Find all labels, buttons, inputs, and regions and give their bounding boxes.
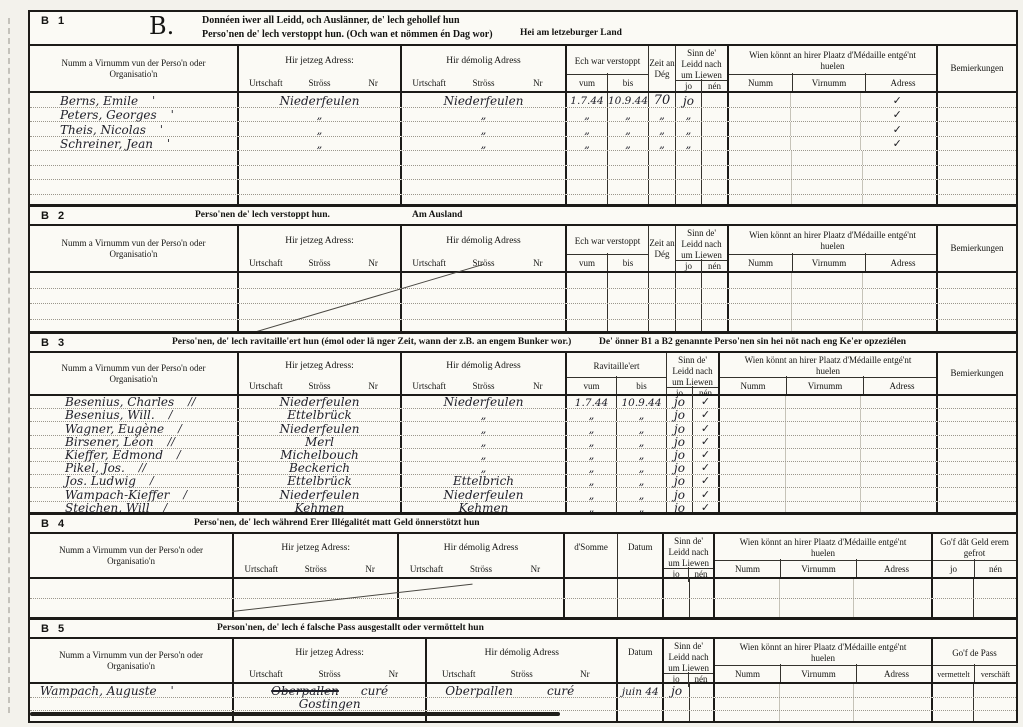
b3-title-band: B 3 Perso'nen, de' lech ravitaille'ert h… (30, 334, 1016, 353)
b4-col-wien: Wien könnt an hirer Plaatz d'Médaille en… (715, 534, 933, 577)
b1-col-zeit: Zeit an Dég (649, 46, 676, 91)
bemierkungen-cell (938, 449, 1016, 461)
b4-col-sinn: Sinn de' Leidd nach um Liewen jonén (664, 534, 715, 577)
table-row-empty (30, 599, 1016, 619)
section-b4: B 4 Perso'nen, de' lech während Erer Ill… (28, 513, 1018, 619)
jetzeg-cell: Niederfeulen (239, 422, 402, 434)
wien-cell (720, 488, 938, 500)
vum-cell: „ (567, 422, 617, 434)
vermettelt-label: vermettelt (933, 664, 974, 682)
demolig-cell: „ (402, 462, 567, 474)
nen-cell (702, 93, 729, 107)
nen-cell (690, 684, 715, 697)
nen-cell checkmark: ✓ (693, 475, 720, 487)
demolig-cell: Kehmen (402, 502, 567, 514)
bis-cell: „ (617, 488, 667, 500)
b5-title: Person'nen, de' lech é falsche Pass ausg… (217, 623, 484, 633)
b3-col-ravitailleert: Ravitaille'ert vumbis (567, 353, 667, 394)
vum-cell: „ (567, 409, 617, 421)
bis-cell: „ (617, 409, 667, 421)
name-col-label: Numm a Virnumm vun der Perso'n oder Orga… (30, 238, 237, 260)
b2-section-id: B 2 (41, 210, 67, 222)
b4-col-demolig: Hir démolig Adress UrtschaftStrössNr (399, 534, 564, 577)
b3-col-name: Numm a Virnumm vun der Perso'n oder Orga… (30, 353, 239, 394)
b1-title-line2: Perso'nen de' lech verstoppt hun. (Och w… (202, 28, 493, 42)
demolig-cell: „ (402, 122, 567, 136)
zeit-cell: „ (649, 108, 676, 122)
bemierkungen-cell (938, 488, 1016, 500)
table-row-empty (30, 579, 1016, 599)
b2-body (30, 273, 1016, 333)
jetzeg-cell: „ (239, 108, 402, 122)
b2-col-wien: Wien könnt an hirer Plaatz d'Médaille en… (729, 226, 938, 271)
bis-cell: „ (608, 108, 649, 122)
table-row: Berns, Emile' Niederfeulen Niederfeulen … (30, 93, 1016, 108)
section-b1: B 1 B. Donnéen iwer all Leidd, och Auslä… (28, 10, 1018, 206)
name-cell: Schreiner, Jean' (30, 137, 239, 151)
wien-cell: ✓ (729, 137, 938, 151)
b1-col-jetzeg: Hir jetzeg Adress: UrtschaftStrössNr (239, 46, 402, 91)
b2-col-bemierkungen: Bemierkungen (938, 226, 1016, 271)
vum-cell: „ (567, 488, 617, 500)
b1-titles: Donnéen iwer all Leidd, och Auslänner, d… (202, 14, 493, 42)
b2-col-jetzeg: Hir jetzeg Adress: UrtschaftStrössNr (239, 226, 402, 271)
b5-body: Wampach, Auguste' Oberpallencuré Oberpal… (30, 684, 1016, 723)
jetzeg-cell: „ (239, 137, 402, 151)
checkmark: ✓ (860, 137, 936, 151)
bemierkungen-cell (938, 422, 1016, 434)
vum-cell: „ (567, 436, 617, 448)
nen-cell checkmark: ✓ (693, 488, 720, 500)
b2-col-zeit: Zeit an Dég (649, 226, 676, 271)
vum-cell: „ (567, 122, 608, 136)
bemierkungen-cell (938, 122, 1016, 136)
verschaft-label: verschäft (974, 664, 1016, 682)
bemierkungen-cell (938, 436, 1016, 448)
bemierkungen-cell (938, 93, 1016, 107)
b5-col-wien: Wien könnt an hirer Plaatz d'Médaille en… (715, 639, 933, 682)
b1-section-id: B 1 (41, 15, 67, 27)
demolig-cell: Niederfeulen (402, 396, 567, 408)
vum-cell: „ (567, 137, 608, 151)
table-row: Wagner, Eugène/ Niederfeulen „ „ „ jo ✓ (30, 422, 1016, 435)
jetzeg-cell: Oberpallencuré (234, 684, 427, 697)
wien-cell (720, 475, 938, 487)
bis-cell: „ (608, 122, 649, 136)
b1-col-sinn: Sinn de' Leidd nach um Liewen jonén (676, 46, 729, 91)
demolig-label: Hir démolig Adress (402, 46, 565, 75)
jetzeg-label: Hir jetzeg Adress: (239, 46, 400, 75)
dsomme-label: d'Somme (574, 542, 608, 553)
zeit-cell: „ (649, 122, 676, 136)
table-row-empty (30, 320, 1016, 334)
b1-col-verstoppt: Ech war verstoppt vumbis (567, 46, 649, 91)
b5-column-headers: Numm a Virnumm vun der Perso'n oder Orga… (30, 639, 1016, 684)
name-cell: Kieffer, Edmond/ (30, 449, 239, 461)
struck-place: Oberpallen (271, 685, 339, 697)
b4-body (30, 579, 1016, 619)
b5-title-band: B 5 Person'nen, de' lech é falsche Pass … (30, 620, 1016, 639)
name-cell: Berns, Emile' (30, 93, 239, 107)
b3-col-wien: Wien könnt an hirer Plaatz d'Médaille en… (720, 353, 938, 394)
table-row-empty (30, 289, 1016, 305)
b4-column-headers: Numm a Virnumm vun der Perso'n oder Orga… (30, 534, 1016, 579)
table-row-empty (30, 273, 1016, 289)
b5-col-gof-pass: Go'f de Pass vermetteltverschäft (933, 639, 1016, 682)
jetzeg-cell-line2: Gostingen (234, 698, 427, 710)
nen-cell checkmark: ✓ (693, 462, 720, 474)
demolig-cell: Oberpallencuré (427, 684, 618, 697)
b4-col-name: Numm a Virnumm vun der Perso'n oder Orga… (30, 534, 234, 577)
bis-cell: „ (617, 436, 667, 448)
nen-cell (702, 122, 729, 136)
demolig-cell: „ (402, 409, 567, 421)
table-row-empty (30, 166, 1016, 181)
zeit-label: Zeit an Dég (649, 58, 675, 80)
table-row: Besenius, Charles// Niederfeulen Niederf… (30, 396, 1016, 409)
jetzeg-cell: Ettelbrück (239, 409, 402, 421)
jo-cell: jo (664, 684, 690, 697)
table-row: Birsener, Léon// Merl „ „ „ jo ✓ (30, 436, 1016, 449)
table-row: Schreiner, Jean' „ „ „ „ „ „ ✓ (30, 137, 1016, 152)
section-b2: B 2 Perso'nen de' lech verstoppt hun. Am… (28, 205, 1018, 333)
nen-cell (702, 137, 729, 151)
name-cell: Jos. Ludwig/ (30, 475, 239, 487)
demolig-cell: „ (402, 449, 567, 461)
b1-body: Berns, Emile' Niederfeulen Niederfeulen … (30, 93, 1016, 206)
bis-cell: „ (617, 449, 667, 461)
jo-cell: jo (667, 475, 693, 487)
table-row: Wampach, Auguste' Oberpallencuré Oberpal… (30, 684, 1016, 698)
scan-edge-artifact (8, 18, 10, 713)
vum-cell: 1.7.44 (567, 396, 617, 408)
name-cell: Peters, Georges' (30, 108, 239, 122)
bis-cell: „ (608, 137, 649, 151)
datum-label: Datum (628, 542, 653, 553)
nen-cell (702, 108, 729, 122)
urtschaft-label: Urtschaft (402, 73, 456, 91)
jo-label: jo (676, 79, 701, 94)
b1-column-headers: Numm a Virnumm vun der Perso'n oder Orga… (30, 46, 1016, 93)
wien-cell (720, 449, 938, 461)
bis-cell: 10.9.44 (617, 396, 667, 408)
b3-title: Perso'nen, de' lech ravitaille'ert hun (… (172, 337, 571, 347)
zeit-cell: 70 (649, 93, 676, 107)
bis-cell: „ (617, 422, 667, 434)
bemierkungen-cell (938, 502, 1016, 514)
b5-col-jetzeg: Hir jetzeg Adress: UrtschaftStrössNr (234, 639, 427, 682)
b3-column-headers: Numm a Virnumm vun der Perso'n oder Orga… (30, 353, 1016, 396)
b4-title-band: B 4 Perso'nen, de' lech während Erer Ill… (30, 515, 1016, 534)
jo-cell: jo (667, 409, 693, 421)
jetzeg-cell: Ettelbrück (239, 475, 402, 487)
jetzeg-label: Hir jetzeg Adress: (239, 226, 400, 255)
b5-col-datum: Datum (618, 639, 664, 682)
wien-cell: ✓ (729, 93, 938, 107)
jo-cell: jo (667, 502, 693, 514)
demolig-cell: Niederfeulen (402, 488, 567, 500)
virnumm-label: Virnumm (792, 73, 865, 91)
bemierkungen-cell (938, 137, 1016, 151)
b4-section-id: B 4 (41, 518, 67, 530)
jetzeg-cell: „ (239, 122, 402, 136)
urtschaft-label: Urtschaft (239, 73, 293, 91)
b2-col-name: Numm a Virnumm vun der Perso'n oder Orga… (30, 226, 239, 271)
table-row-empty (30, 304, 1016, 320)
b5-col-sinn: Sinn de' Leidd nach um Liewen jonén (664, 639, 715, 682)
wien-cell (720, 462, 938, 474)
vum-cell: 1.7.44 (567, 93, 608, 107)
gof-geld-label: Go'f dât Geld erem gefrot (933, 534, 1016, 560)
b1-col-wien: Wien könnt an hirer Plaatz d'Médaille en… (729, 46, 938, 91)
bis-cell: „ (617, 475, 667, 487)
wien-cell (720, 396, 938, 408)
b3-col-jetzeg: Hir jetzeg Adress: UrtschaftStrössNr (239, 353, 402, 394)
bis-cell: „ (617, 502, 667, 514)
jetzeg-cell: Niederfeulen (239, 488, 402, 500)
wien-cell (715, 684, 933, 697)
jo-cell: jo (667, 436, 693, 448)
table-row: Wampach-Kieffer/ Niederfeulen Niederfeul… (30, 488, 1016, 501)
vum-cell: „ (567, 108, 608, 122)
b5-section-id: B 5 (41, 623, 67, 635)
name-cell: Birsener, Léon// (30, 436, 239, 448)
b4-title: Perso'nen, de' lech während Erer Illégal… (194, 518, 480, 528)
demolig-cell: Niederfeulen (402, 93, 567, 107)
bemierkungen-label: Bemierkungen (951, 63, 1004, 74)
nen-cell checkmark: ✓ (693, 449, 720, 461)
jo-cell: „ (676, 108, 702, 122)
wien-cell: ✓ (729, 122, 938, 136)
numm-label: Numm (729, 73, 792, 91)
nen-cell checkmark: ✓ (693, 409, 720, 421)
b1-col-bemierkungen: Bemierkungen (938, 46, 1016, 91)
bemierkungen-cell (938, 409, 1016, 421)
bemierkungen-cell (938, 462, 1016, 474)
b1-col-demolig: Hir démolig Adress UrtschaftStrössNr (402, 46, 567, 91)
b4-col-datum: Datum (618, 534, 664, 577)
nen-cell checkmark: ✓ (693, 436, 720, 448)
jo-cell: jo (667, 462, 693, 474)
demolig-label: Hir démolig Adress (402, 226, 565, 255)
b2-col-verstoppt: Ech war verstoppt vumbis (567, 226, 649, 271)
jo-cell: „ (676, 122, 702, 136)
name-cell: Pikel, Jos.// (30, 462, 239, 474)
wien-cell (720, 502, 938, 514)
datum-cell: juin 44 (618, 684, 664, 697)
jetzeg-cell: Michelbouch (239, 449, 402, 461)
name-cell: Wagner, Eugène/ (30, 422, 239, 434)
b5-col-name: Numm a Virnumm vun der Perso'n oder Orga… (30, 639, 234, 682)
name-cell: Steichen, Will/ (30, 502, 239, 514)
table-row: Besenius, Will./ Ettelbrück „ „ „ jo ✓ (30, 409, 1016, 422)
b3-body: Besenius, Charles// Niederfeulen Niederf… (30, 396, 1016, 514)
table-row: Jos. Ludwig/ Ettelbrück Ettelbrich „ „ j… (30, 475, 1016, 488)
b4-col-dsomme: d'Somme (565, 534, 619, 577)
vum-label: vum (567, 73, 607, 91)
name-cell: Besenius, Charles// (30, 396, 239, 408)
b3-col-sinn: Sinn de' Leidd nach um Liewen jonén (667, 353, 720, 394)
vum-cell: „ (567, 462, 617, 474)
name-col-label: Numm a Virnumm vun der Perso'n oder Orga… (30, 58, 237, 80)
jo-cell: jo (676, 93, 702, 107)
jo-cell: jo (667, 422, 693, 434)
demolig-cell: „ (402, 137, 567, 151)
bis-cell: 10.9.44 (608, 93, 649, 107)
b3-section-id: B 3 (41, 337, 67, 349)
table-row: Pikel, Jos.// Beckerich „ „ „ jo ✓ (30, 462, 1016, 475)
sinn-label: Sinn de' Leidd nach um Liewen (676, 46, 727, 80)
b3-col-bemierkungen: Bemierkungen (938, 353, 1016, 394)
section-b3: B 3 Perso'nen, de' lech ravitaille'ert h… (28, 332, 1018, 514)
demolig-cell: „ (402, 422, 567, 434)
b5-col-demolig: Hir démolig Adress UrtschaftStrössNr (427, 639, 618, 682)
b2-col-demolig: Hir démolig Adress UrtschaftStrössNr (402, 226, 567, 271)
jetzeg-cell: Kehmen (239, 502, 402, 514)
b1-big-letter: B. (149, 12, 174, 40)
jetzeg-cell: Niederfeulen (239, 93, 402, 107)
wien-cell (720, 436, 938, 448)
b2-title-band: B 2 Perso'nen de' lech verstoppt hun. Am… (30, 207, 1016, 226)
b2-title-suffix: Am Ausland (412, 210, 462, 220)
vum-cell: „ (567, 475, 617, 487)
demolig-cell: Ettelbrich (402, 475, 567, 487)
table-row: Theis, Nicolas' „ „ „ „ „ „ ✓ (30, 122, 1016, 137)
checkmark: ✓ (860, 122, 936, 136)
zeit-cell: „ (649, 137, 676, 151)
verstoppt-label: Ech war verstoppt (567, 46, 648, 74)
jetzeg-cell: Merl (239, 436, 402, 448)
table-row: Kieffer, Edmond/ Michelbouch „ „ „ jo ✓ (30, 449, 1016, 462)
demolig-cell: „ (402, 108, 567, 122)
nen-cell checkmark: ✓ (693, 396, 720, 408)
jo-cell: „ (676, 137, 702, 151)
bemierkungen-cell (938, 108, 1016, 122)
checkmark: ✓ (860, 93, 936, 107)
name-cell: Wampach, Auguste' (30, 684, 234, 697)
table-row-empty (30, 151, 1016, 166)
b2-column-headers: Numm a Virnumm vun der Perso'n oder Orga… (30, 226, 1016, 273)
vum-cell: „ (567, 449, 617, 461)
nen-cell checkmark: ✓ (693, 422, 720, 434)
section-b5: B 5 Person'nen, de' lech é falsche Pass … (28, 618, 1018, 723)
b3-col-demolig: Hir démolig Adress UrtschaftStrössNr (402, 353, 567, 394)
name-cell: Theis, Nicolas' (30, 122, 239, 136)
b4-col-jetzeg: Hir jetzeg Adress: UrtschaftStrössNr (234, 534, 399, 577)
gof-pass-cell (933, 684, 1016, 697)
ravitailleert-label: Ravitaille'ert (567, 353, 666, 377)
wien-label: Wien könnt an hirer Plaatz d'Médaille en… (729, 46, 936, 74)
wien-cell: ✓ (729, 108, 938, 122)
b2-title: Perso'nen de' lech verstoppt hun. (195, 210, 330, 220)
b3-title-suffix: De' önner B1 a B2 genannte Perso'nen sin… (599, 337, 906, 347)
name-cell: Besenius, Will./ (30, 409, 239, 421)
name-cell: Wampach-Kieffer/ (30, 488, 239, 500)
b1-title-suffix: Hei am letzeburger Land (520, 28, 622, 38)
b1-col-name: Numm a Virnumm vun der Perso'n oder Orga… (30, 46, 239, 91)
bis-cell: „ (617, 462, 667, 474)
stross-label: Ströss (456, 73, 510, 91)
b1-title-line1: Donnéen iwer all Leidd, och Auslänner, d… (202, 14, 493, 28)
nen-cell checkmark: ✓ (693, 502, 720, 514)
b4-col-gof-geld: Go'f dât Geld erem gefrot jonén (933, 534, 1016, 577)
bemierkungen-cell (938, 396, 1016, 408)
checkmark: ✓ (860, 108, 936, 122)
stross-label: Ströss (293, 73, 347, 91)
bis-label: bis (607, 73, 648, 91)
b1-title-band: B 1 B. Donnéen iwer all Leidd, och Auslä… (30, 12, 1016, 46)
scan-bottom-artifact (30, 712, 560, 716)
nen-label: nén (701, 79, 727, 94)
nr-label: Nr (511, 73, 565, 91)
wien-cell (720, 409, 938, 421)
b2-col-sinn: Sinn de' Leidd nach um Liewen jonén (676, 226, 729, 271)
table-row: Gostingen (30, 698, 1016, 711)
jo-cell: jo (667, 488, 693, 500)
wien-cell (720, 422, 938, 434)
adress-label: Adress (865, 73, 940, 91)
gof-pass-label: Go'f de Pass (933, 639, 1016, 665)
vum-cell: „ (567, 502, 617, 514)
demolig-cell: „ (402, 436, 567, 448)
jetzeg-cell: Beckerich (239, 462, 402, 474)
jo-cell: jo (667, 449, 693, 461)
table-row-empty (30, 180, 1016, 195)
bemierkungen-cell (938, 475, 1016, 487)
jetzeg-cell: Niederfeulen (239, 396, 402, 408)
table-row: Peters, Georges' „ „ „ „ „ „ ✓ (30, 108, 1016, 123)
jo-cell: jo (667, 396, 693, 408)
nr-label: Nr (346, 73, 400, 91)
